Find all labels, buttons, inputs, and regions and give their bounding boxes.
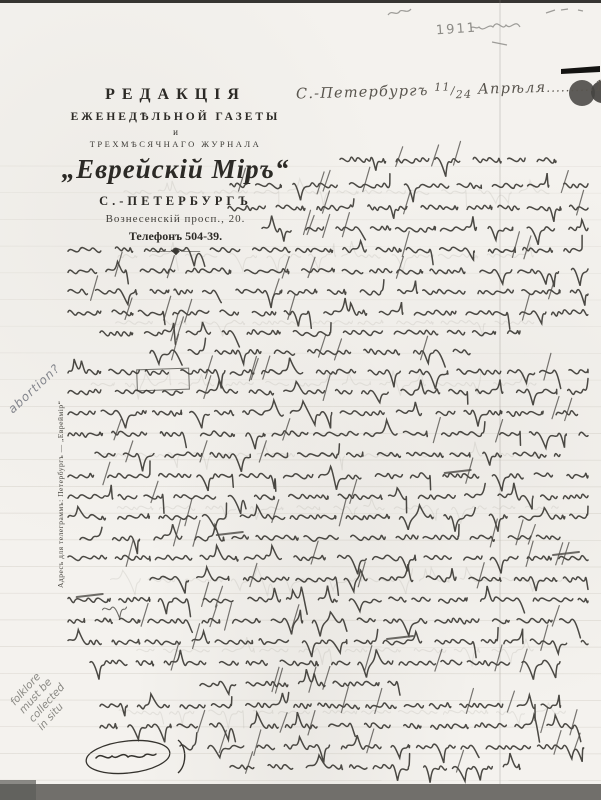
stress-marks [193,624,548,651]
bottom-left-smudge [0,780,36,800]
dateline-year: 1911 [594,78,601,95]
telegram-address-imprint: Адресъ для телеграммъ: Петербургъ — „Евр… [56,388,65,588]
stress-marks [552,397,572,421]
letterhead-city: С.-ПЕТЕРБУРГЪ [58,194,293,209]
handwriting-line [90,650,560,680]
handwriting-line [68,298,588,329]
dateline-place: С.-Петербургъ [296,83,429,102]
handwriting-line [100,322,520,347]
bottom-scan-band [0,784,601,800]
stress-marks [304,210,350,237]
letterhead: РЕДАКЦІЯ ЕЖЕНЕДѢЛЬНОЙ ГАЗЕТЫ и ТРЕХМѢСЯЧ… [58,86,293,257]
stress-marks [185,498,346,526]
handwriting-line [68,420,588,449]
letterhead-divider-ornament: ——·◆·—— [58,246,293,257]
pencil-hebrew-word [471,24,520,29]
handwriting-line [150,338,470,367]
circled-word-squiggle [96,754,156,758]
dateline-month: Апрѣля [478,80,547,98]
handwriting-line [80,524,560,554]
stress-marks [172,334,428,360]
publication-title: „Еврейскій Міръ“ [58,154,293,185]
handwriting-line [200,669,400,695]
letterhead-redakcija: РЕДАКЦІЯ [58,86,293,104]
handwriting-line [180,733,584,763]
interlinear-insertion [103,607,127,618]
stress-marks [114,418,503,443]
stress-marks [103,458,473,485]
letterhead-phone: Телефонъ 504-39. [58,229,293,244]
stress-marks [205,353,551,380]
handwriting-line [68,280,588,308]
handwriting-line [95,444,560,472]
handwriting-line [68,483,588,514]
stress-marks [219,729,580,755]
handwriting-line [230,753,520,783]
stress-marks [141,603,559,630]
pencil-year-note: 1911 [436,21,478,39]
handwriting-line [68,546,588,575]
top-edge-artifact [0,0,601,3]
pencil-scribble-top-left [388,9,411,15]
handwriting-line [100,693,561,721]
handwriting-line [340,157,556,177]
handwriting-line [68,628,588,658]
strike-through [445,470,471,473]
handwriting-line [68,262,588,288]
letter-page: РЕДАКЦІЯ ЕЖЕНЕДѢЛЬНОЙ ГАЗЕТЫ и ТРЕХМѢСЯЧ… [0,0,601,800]
stress-marks [272,667,330,694]
handwriting-line [150,564,588,595]
dateline-dotted-leader: .......... [546,80,595,95]
stress-marks [323,190,584,215]
scanner-bar-artifact [561,66,600,74]
dateline-day-julian: 11 [434,80,451,93]
letterhead-weekly-line: ЕЖЕНЕДѢЛЬНОЙ ГАЗЕТЫ [58,111,293,123]
stress-marks [125,295,530,322]
handwriting-line [68,503,588,532]
stress-marks [202,582,223,607]
letterhead-address: Вознесенскій просп., 20. [58,213,293,225]
letterhead-conjunction: и [58,127,293,137]
strike-through [217,532,243,535]
strike-through [77,594,103,597]
letterhead-journal-line: ТРЕХМѢСЯЧНАГО ЖУРНАЛА [58,139,293,149]
pencil-dashes [546,9,583,13]
dateline-day-gregorian: 24 [456,88,473,101]
stress-marks [91,276,556,300]
pencil-scribbles-top [388,9,583,45]
stress-marks [250,562,484,588]
